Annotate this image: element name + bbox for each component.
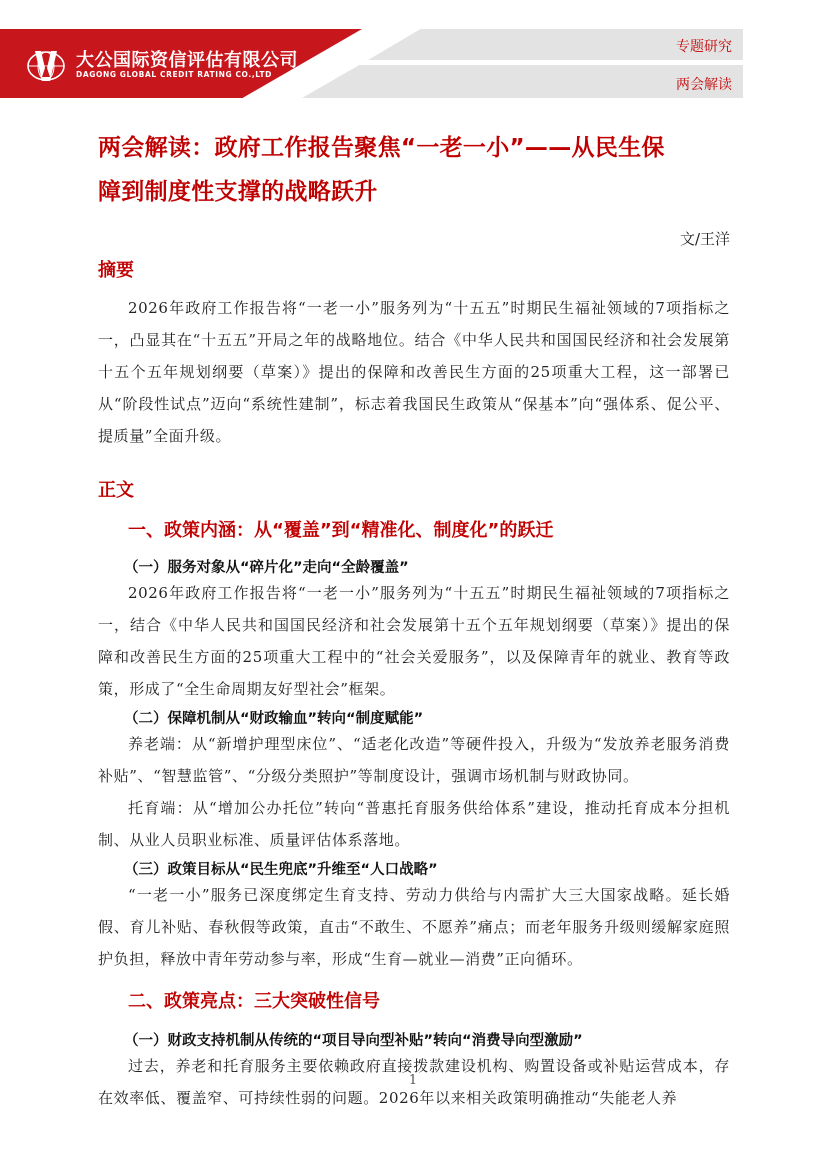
report-header: 大公国际资信评估有限公司 DAGONG GLOBAL CREDIT RATING… [0, 0, 826, 110]
report-series-label: 两会解读 [676, 74, 732, 94]
title-line-2: 障到制度性支撑的战略跃升 [98, 170, 730, 214]
paragraph: 养老端：从“新增护理型床位”、“适老化改造”等硬件投入，升级为“发放养老服务消费… [98, 728, 730, 792]
company-name-cn: 大公国际资信评估有限公司 [76, 46, 298, 72]
author-byline: 文/王洋 [98, 228, 730, 252]
title-line-1: 两会解读：政府工作报告聚焦“一老一小”——从民生保 [98, 126, 730, 170]
body-heading: 正文 [98, 476, 730, 502]
section-heading-1: 一、政策内涵：从“覆盖”到“精准化、制度化”的跃迁 [128, 516, 730, 542]
abstract-paragraph: 2026年政府工作报告将“一老一小”服务列为“十五五”时期民生福祉领域的7项指标… [98, 292, 730, 452]
paragraph: 2026年政府工作报告将“一老一小”服务列为“十五五”时期民生福祉领域的7项指标… [98, 577, 730, 705]
company-name-en: DAGONG GLOBAL CREDIT RATING CO.,LTD [76, 70, 272, 79]
paragraph: 托育端：从“增加公办托位”转向“普惠托育服务供给体系”建设，推动托育成本分担机制… [98, 792, 730, 856]
dagong-logo-icon [26, 47, 66, 85]
document-title: 两会解读：政府工作报告聚焦“一老一小”——从民生保 障到制度性支撑的战略跃升 [98, 126, 730, 214]
paragraph: “一老一小”服务已深度绑定生育支持、劳动力供给与内需扩大三大国家战略。延长婚假、… [98, 879, 730, 975]
subsection-heading-1-3: （三）政策目标从“民生兜底”升维至“人口战略” [124, 858, 730, 879]
report-category-label: 专题研究 [676, 36, 732, 56]
section-heading-2: 二、政策亮点：三大突破性信号 [128, 987, 730, 1013]
subsection-heading-2-1: （一）财政支持机制从传统的“项目导向型补贴”转向“消费导向型激励” [124, 1029, 730, 1050]
page-number: 1 [0, 1073, 826, 1088]
document-body: 两会解读：政府工作报告聚焦“一老一小”——从民生保 障到制度性支撑的战略跃升 文… [98, 120, 730, 1114]
abstract-heading: 摘要 [98, 256, 730, 282]
subsection-heading-1-1: （一）服务对象从“碎片化”走向“全龄覆盖” [124, 556, 730, 577]
subsection-heading-1-2: （二）保障机制从“财政输血”转向“制度赋能” [124, 707, 730, 728]
